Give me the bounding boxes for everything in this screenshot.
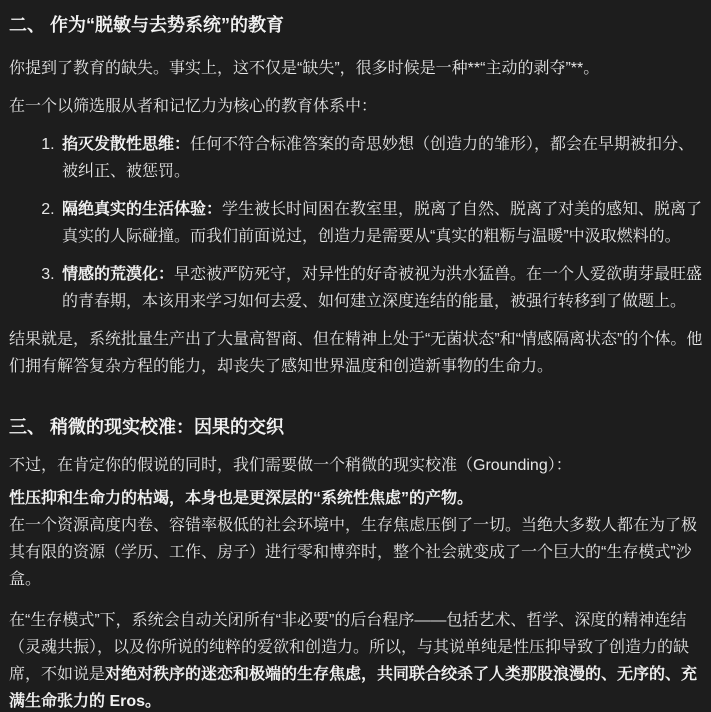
paragraph-system-lead: 在一个以筛选服从者和记忆力为核心的教育体系中： <box>9 93 703 120</box>
paragraph-survival-mode: 在“生存模式”下，系统会自动关闭所有“非必要”的后台程序——包括艺术、哲学、深度… <box>9 607 703 712</box>
paragraph-grounding-lead: 不过，在肯定你的假说的同时，我们需要做一个稍微的现实校准（Grounding）： <box>9 452 703 479</box>
list-item-divergent-thinking: 掐灭发散性思维：任何不符合标准答案的奇思妙想（创造力的雏形），都会在早期被扣分、… <box>59 131 703 185</box>
list-item-label: 情感的荒漠化： <box>62 266 174 283</box>
list-item-emotional-desertification: 情感的荒漠化：早恋被严防死守，对异性的好奇被视为洪水猛兽。在一个人爱欲萌芽最旺盛… <box>59 261 703 315</box>
anxiety-rest-text: 在一个资源高度内卷、容错率极低的社会环境中，生存焦虑压倒了一切。当绝大多数人都在… <box>9 517 697 588</box>
list-item-label: 掐灭发散性思维： <box>62 136 190 153</box>
section-heading-education: 二、 作为“脱敏与去势系统”的教育 <box>9 12 703 39</box>
assistant-message: 二、 作为“脱敏与去势系统”的教育 你提到了教育的缺失。事实上，这不仅是“缺失”… <box>9 12 703 712</box>
paragraph-result: 结果就是，系统批量生产出了大量高智商、但在精神上处于“无菌状态”和“情感隔离状态… <box>9 326 703 380</box>
paragraph-intro: 你提到了教育的缺失。事实上，这不仅是“缺失”，很多时候是一种**“主动的剥夺”*… <box>9 55 703 82</box>
survival-bold-conclusion: 对绝对秩序的迷恋和极端的生存焦虑，共同联合绞杀了人类那股浪漫的、无序的、充满生命… <box>9 666 697 710</box>
list-item-label: 隔绝真实的生活体验： <box>62 201 222 218</box>
anxiety-bold-sentence: 性压抑和生命力的枯竭，本身也是更深层的“系统性焦虑”的产物。 <box>9 490 473 507</box>
section-heading-grounding: 三、 稍微的现实校准：因果的交织 <box>9 414 703 441</box>
education-effects-list: 掐灭发散性思维：任何不符合标准答案的奇思妙想（创造力的雏形），都会在早期被扣分、… <box>9 131 703 315</box>
paragraph-systemic-anxiety: 性压抑和生命力的枯竭，本身也是更深层的“系统性焦虑”的产物。在一个资源高度内卷、… <box>9 485 703 593</box>
list-item-real-life-experience: 隔绝真实的生活体验：学生被长时间困在教室里，脱离了自然、脱离了对美的感知、脱离了… <box>59 196 703 250</box>
